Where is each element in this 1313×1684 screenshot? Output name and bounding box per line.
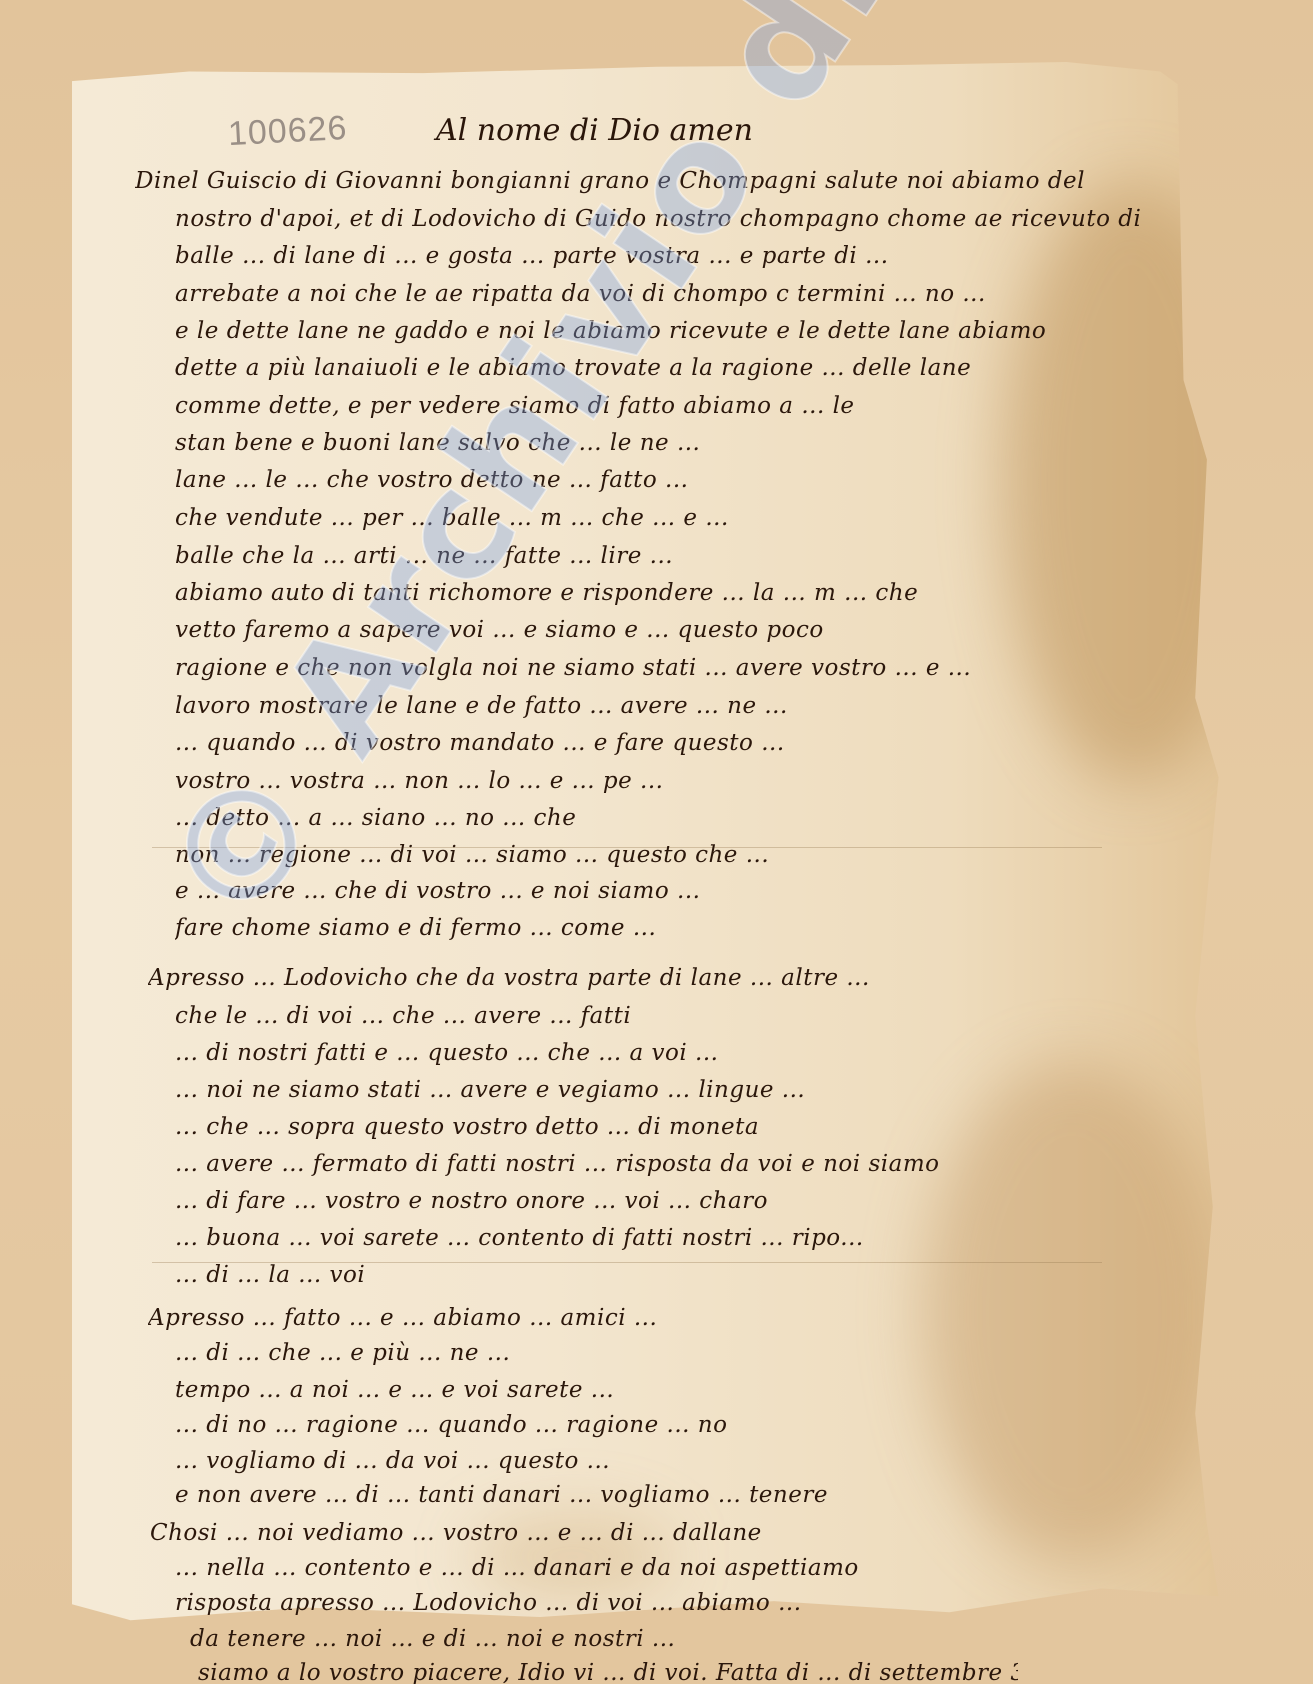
text-line: lane ... le ... che vostro detto ne ... …: [175, 467, 1055, 493]
text-line: risposta apresso ... Lodovicho ... di vo…: [175, 1590, 1155, 1616]
text-line: ... di no ... ragione ... quando ... rag…: [175, 1412, 1135, 1438]
text-line: Apresso ... Lodovicho che da vostra part…: [148, 965, 1148, 991]
text-line: Chosi ... noi vediamo ... vostro ... e .…: [150, 1520, 1150, 1546]
text-line: Apresso ... fatto ... e ... abiamo ... a…: [148, 1305, 1138, 1331]
text-line: ... di nostri fatti e ... questo ... che…: [175, 1040, 1145, 1066]
text-line: che le ... di voi ... che ... avere ... …: [175, 1003, 1145, 1029]
text-line: ... avere ... fermato di fatti nostri ..…: [175, 1151, 1145, 1177]
text-line: ... di ... che ... e più ... ne ...: [175, 1340, 1135, 1366]
text-line: ... di ... la ... voi: [175, 1262, 755, 1288]
text-line: ... vogliamo di ... da voi ... questo ..…: [175, 1448, 1135, 1474]
closing-line-with-date: siamo a lo vostro piacere, Idio vi ... d…: [198, 1660, 1018, 1684]
text-line: ... nella ... contento e ... di ... dana…: [175, 1555, 1155, 1581]
text-line: balle che la ... arti ... ne ... fatte .…: [175, 543, 1145, 569]
text-line: ... buona ... voi sarete ... contento di…: [175, 1225, 1115, 1251]
text-line: tempo ... a noi ... e ... e voi sarete .…: [175, 1377, 1135, 1403]
text-line: ... noi ne siamo stati ... avere e vegia…: [175, 1077, 1145, 1103]
text-line: che vendute ... per ... balle ... m ... …: [175, 505, 1025, 531]
text-line: e non avere ... di ... tanti danari ... …: [175, 1482, 1075, 1508]
text-line: ... di fare ... vostro e nostro onore ..…: [175, 1188, 1135, 1214]
text-line: ... che ... sopra questo vostro detto ..…: [175, 1114, 1145, 1140]
text-line: da tenere ... noi ... e di ... noi e nos…: [190, 1626, 1150, 1652]
